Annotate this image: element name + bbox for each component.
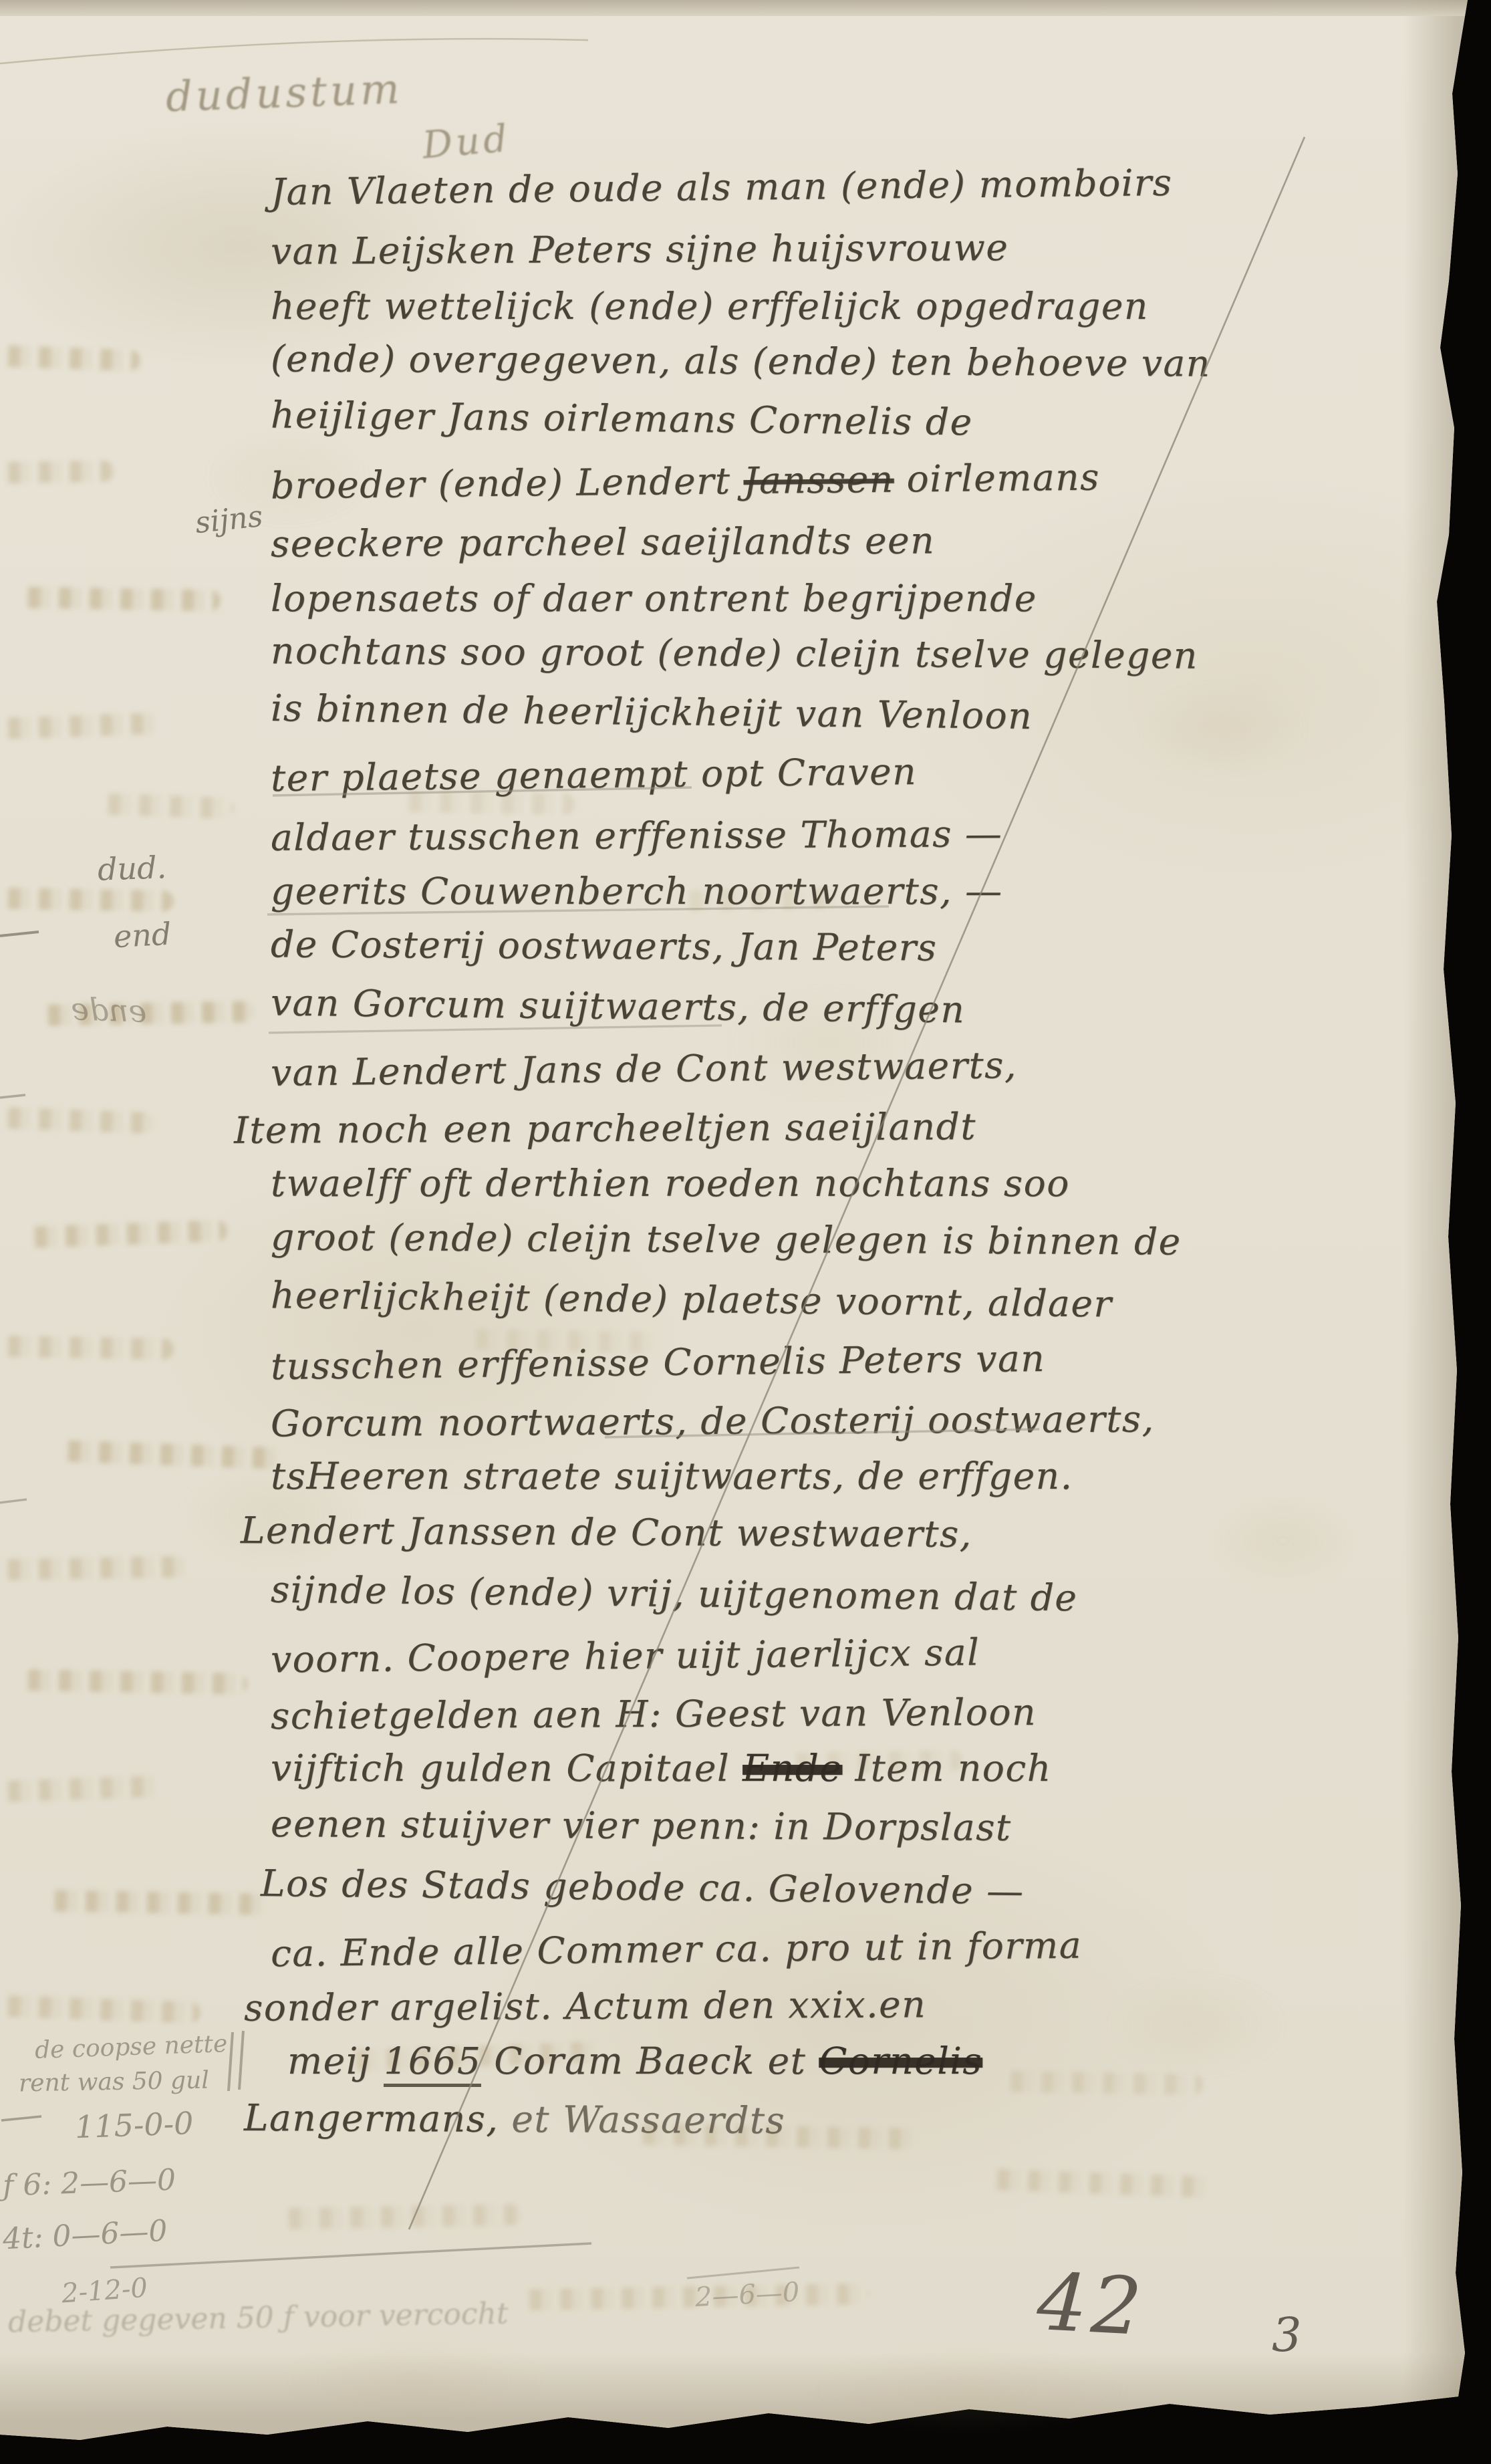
scratch-lines	[0, 0, 1491, 2464]
manuscript-scan: dudustum Dud Jan Vlaeten de oude als man…	[0, 0, 1491, 2464]
